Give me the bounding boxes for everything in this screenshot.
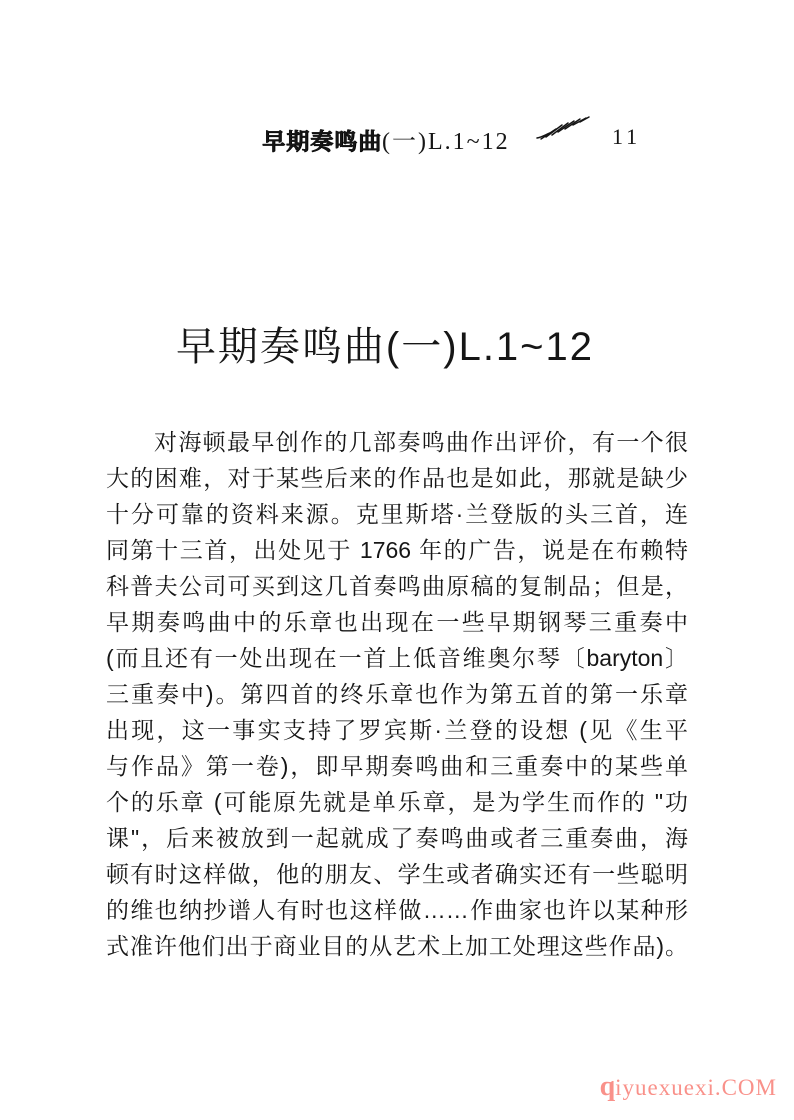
book-page: 早期奏鸣曲(一)L.1~12 11 早期奏鸣曲(一)L.1~12 对海顿最早创作… [0,0,794,1120]
watermark-com: COM [722,1075,777,1100]
watermark-q: q [600,1071,616,1102]
body-line: 出现，这一事实支持了罗宾斯·兰登的设想 (见《生平 [106,712,688,748]
pen-scribble-mark [534,113,592,148]
body-line: (而且还有一处出现在一首上低音维奥尔琴〔baryton〕 [106,640,688,676]
running-header-title-latin: (一)L.1~12 [382,129,510,155]
body-line: 的维也纳抄谱人有时也这样做……作曲家也许以某种形 [106,892,688,928]
body-line: 与作品》第一卷)，即早期奏鸣曲和三重奏中的某些单 [106,748,688,784]
body-line: 大的困难，对于某些后来的作品也是如此，那就是缺少 [106,460,688,496]
site-watermark: qiyuexuexi.COM [600,1071,777,1103]
body-line: 十分可靠的资料来源。克里斯塔·兰登版的头三首，连 [106,496,688,532]
body-line: 顿有时这样做，他的朋友、学生或者确实还有一些聪明 [106,856,688,892]
body-paragraph: 对海顿最早创作的几部奏鸣曲作出评价，有一个很 大的困难，对于某些后来的作品也是如… [106,424,688,964]
body-line: 式准许他们出于商业目的从艺术上加工处理这些作品)。 [106,928,688,964]
body-line: 个的乐章 (可能原先就是单乐章，是为学生而作的 "功 [106,784,688,820]
chapter-title: 早期奏鸣曲(一)L.1~12 [0,315,770,372]
running-header: 早期奏鸣曲(一)L.1~12 [262,121,510,156]
body-line: 科普夫公司可买到这几首奏鸣曲原稿的复制品；但是， [106,568,688,604]
body-line: 课"，后来被放到一起就成了奏鸣曲或者三重奏曲，海 [106,820,688,856]
body-line: 同第十三首，出处见于 1766 年的广告，说是在布赖特 [106,532,688,568]
body-line: 早期奏鸣曲中的乐章也出现在一些早期钢琴三重奏中 [106,604,688,640]
page-number: 11 [612,124,641,150]
body-line: 三重奏中)。第四首的终乐章也作为第五首的第一乐章 [106,676,688,712]
body-line: 对海顿最早创作的几部奏鸣曲作出评价，有一个很 [106,424,688,460]
watermark-text: iyuexuexi. [615,1075,721,1100]
running-header-title-cjk: 早期奏鸣曲 [262,128,382,154]
